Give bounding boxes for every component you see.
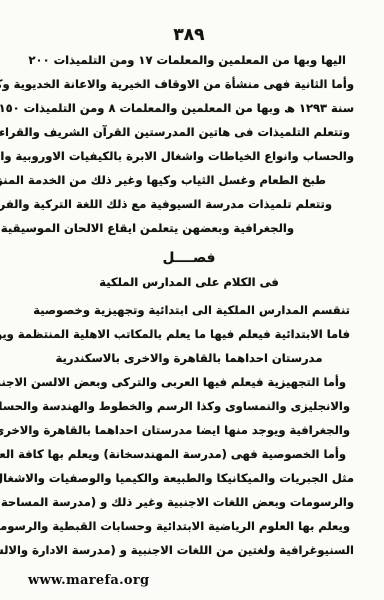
text-line: فاما الابتدائية فيعلم فيها ما يعلم بالمك… [24, 322, 354, 346]
text-line: مدرستان احداهما بالقاهرة والاخرى بالاسكن… [24, 346, 354, 370]
section-subheading: فى الكلام على المدارس الملكية [24, 270, 354, 294]
text-line: والحساب وانواع الخياطات واشغال الابرة با… [24, 144, 354, 168]
text-line: ويعلم بها العلوم الرياضية الابتدائية وحس… [24, 514, 354, 538]
text-line: وأما الثانية فهى منشأة من الاوقاف الخيري… [24, 72, 354, 96]
text-line: وأما التجهيزية فيعلم فيها العربى والتركى… [24, 370, 354, 394]
text-line: سنة ١٢٩٣ ھ وبها من المعلمين والمعلمات ٨ … [24, 96, 354, 120]
section-heading: فصــــل [24, 246, 354, 270]
text-line: وتتعلم التلميذات فى هاتين المدرستين القر… [24, 120, 354, 144]
text-line: والجغرافية ويوجد منها ايضا مدرستان احداه… [24, 418, 354, 442]
text-line: مثل الجبريات والميكانيكا والطبيعة والكيم… [24, 466, 354, 490]
text-line: وأما الخصوصية فهى (مدرسة المهندسخانة) وي… [24, 442, 354, 466]
page-number: ٣٨٩ [24, 22, 354, 48]
scanned-book-page: ٣٨٩ اليها وبها من المعلمين والمعلمات ١٧ … [0, 0, 384, 600]
text-line: والرسومات وبعض اللغات الاجنبية وغير ذلك … [24, 490, 354, 514]
text-line: طبخ الطعام وغسل الثياب وكيها وغير ذلك من… [0, 168, 326, 192]
text-line: والانجليزى والنمساوى وكذا الرسم والخطوط … [24, 394, 354, 418]
text-line: تنقسم المدارس الملكية الى ابتدائية وتجهي… [24, 298, 354, 322]
marefa-watermark: www.marefa.org [28, 573, 149, 588]
text-line: والجغرافية وبعضهن يتعلمن ايقاع الالحان ا… [0, 216, 294, 240]
text-line: وتتعلم تلميذات مدرسة السيوفية مع ذلك الل… [24, 192, 354, 216]
text-line: اليها وبها من المعلمين والمعلمات ١٧ ومن … [24, 48, 354, 72]
text-line: السنيوغرافية ولغتين من اللغات الاجنبية و… [24, 538, 354, 562]
